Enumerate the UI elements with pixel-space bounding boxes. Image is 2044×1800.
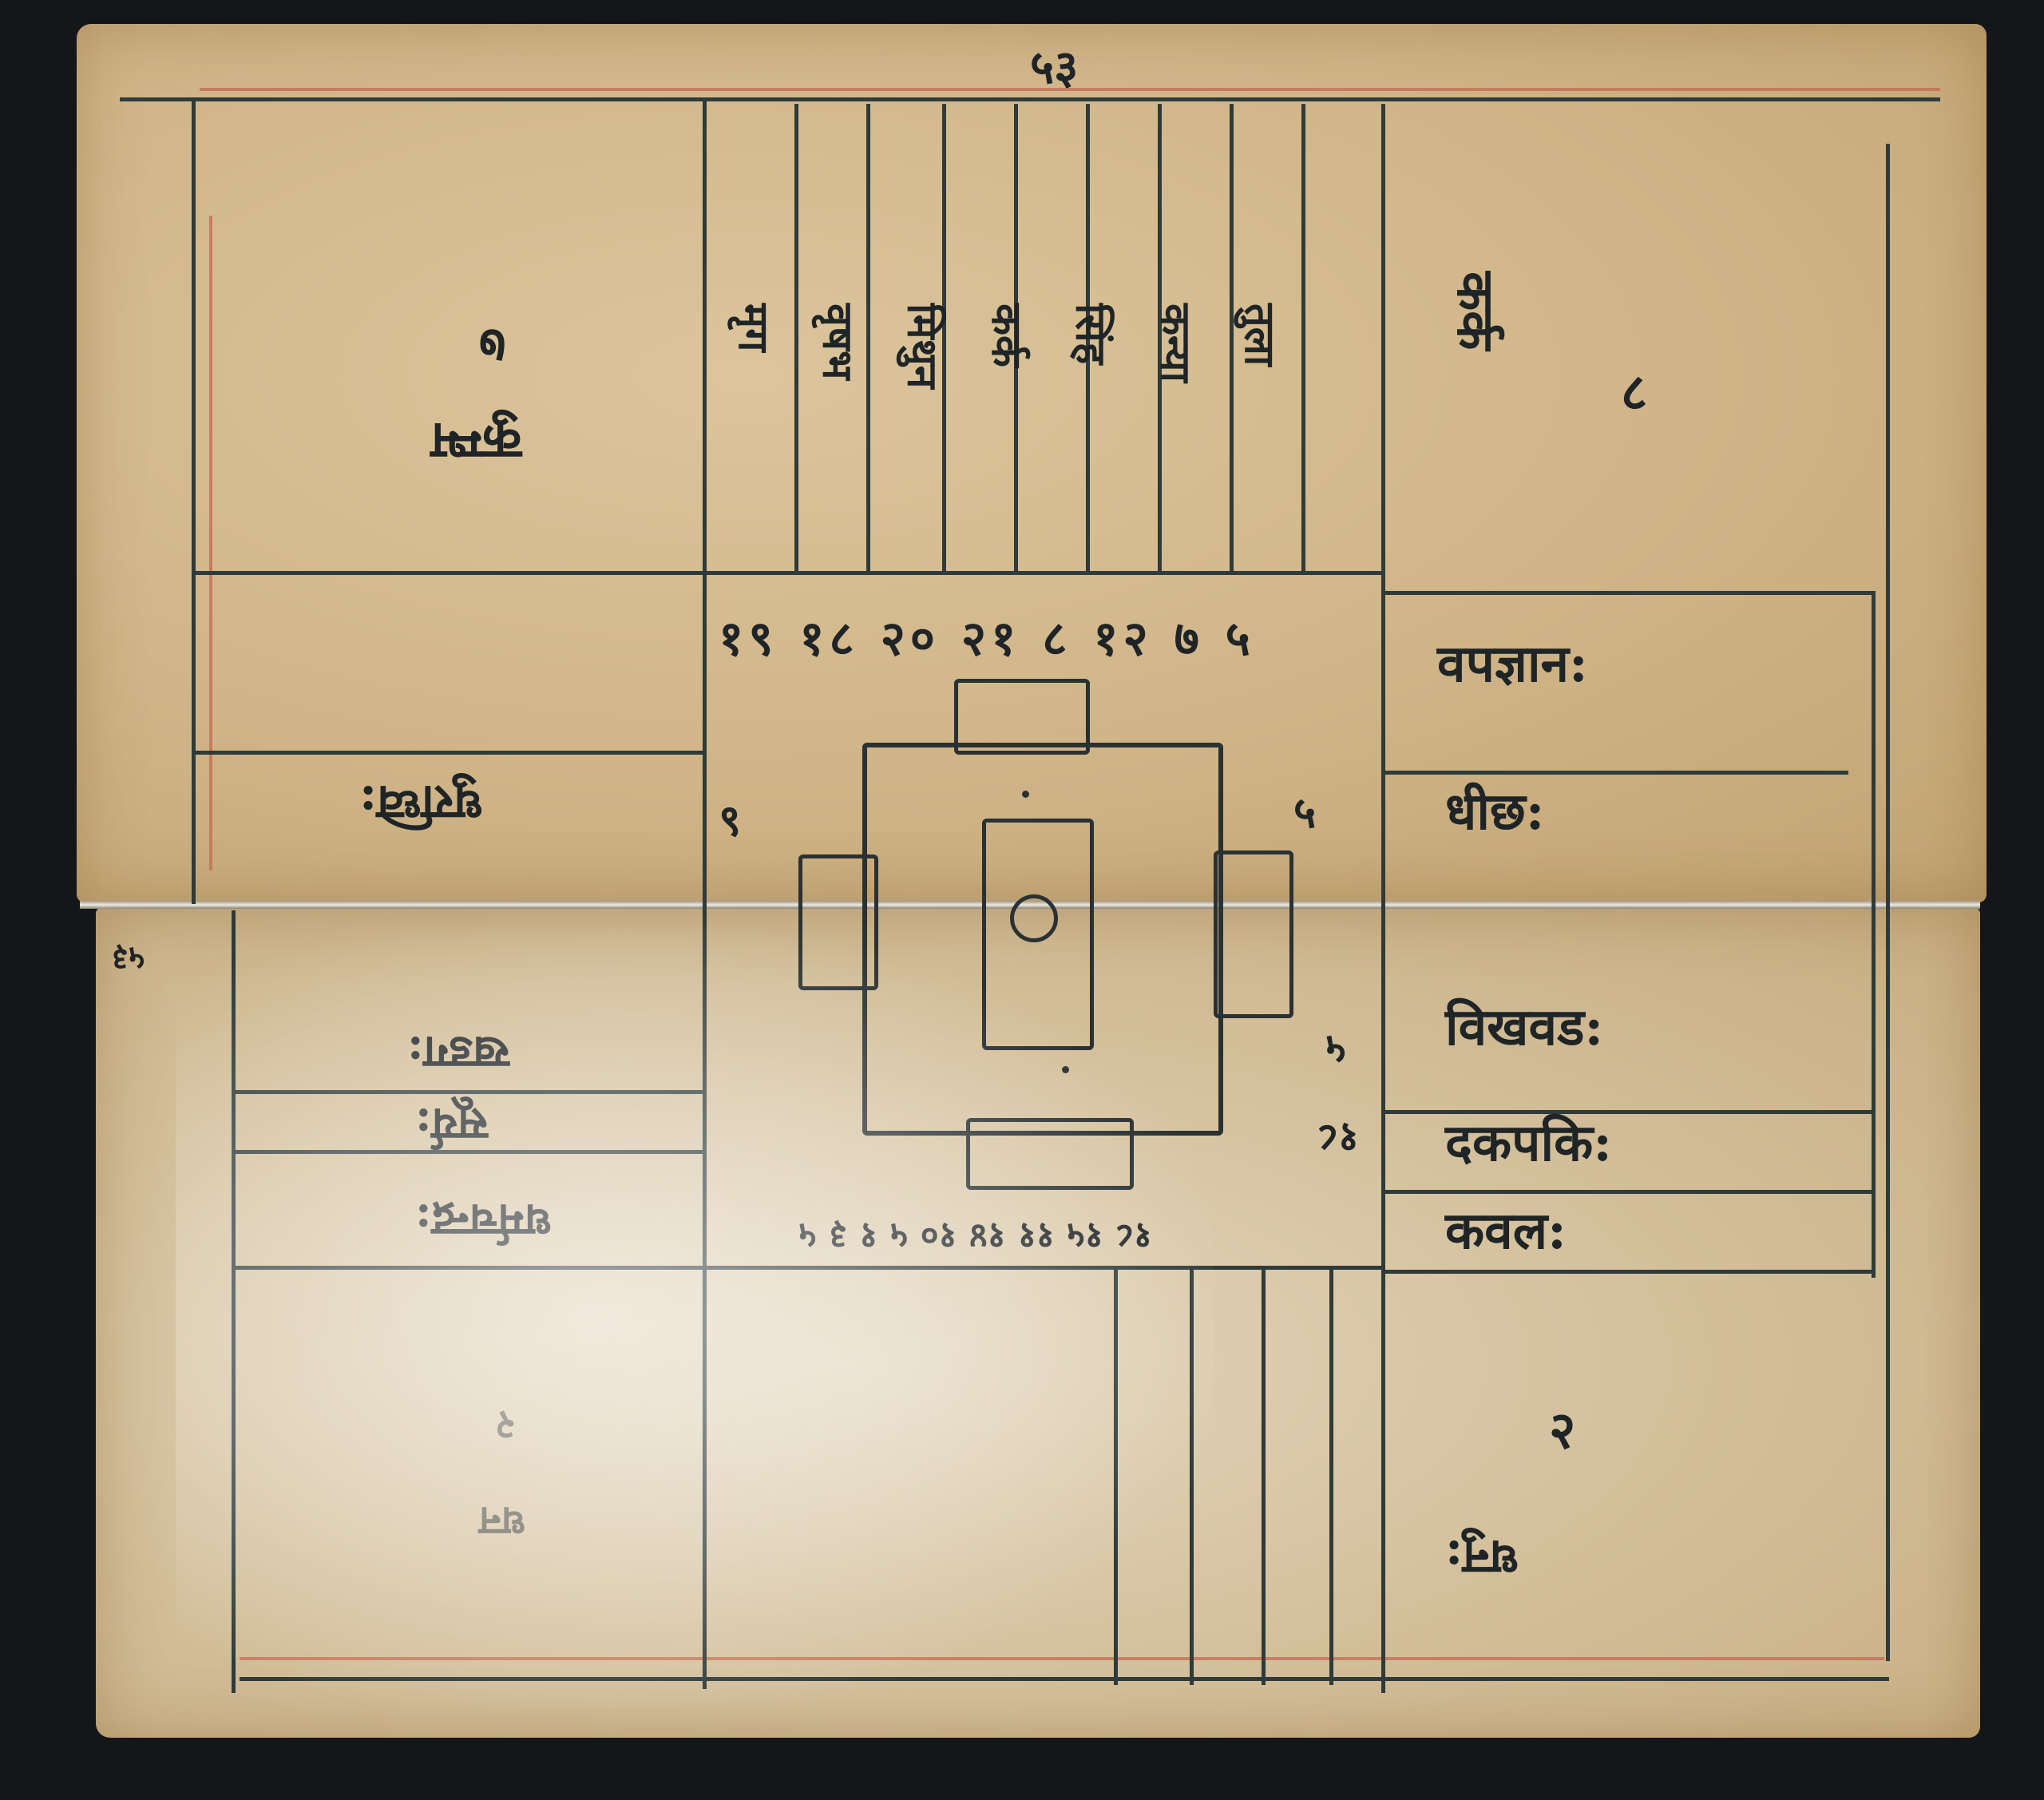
- grid-col-line: [1329, 1270, 1333, 1685]
- red-ruling-left: [209, 216, 212, 870]
- column-grid-text: मृग वृषभ मिथुन कर्क सिंह कन्या तुला: [711, 303, 1301, 559]
- diagram-bottom-tower: [966, 1118, 1134, 1190]
- frame-right: [1886, 144, 1890, 1661]
- number-cell: ८: [1042, 611, 1072, 667]
- diagram-circle-icon: [1010, 894, 1058, 942]
- number-cell: १८: [799, 611, 858, 667]
- diagram-left-wing: [798, 854, 878, 990]
- right-side-number: ५: [1293, 791, 1316, 834]
- frame-bottom: [240, 1677, 1889, 1681]
- divider-left-mid: [196, 751, 707, 755]
- number-cell: २०: [881, 611, 940, 667]
- page-number: ५३: [1030, 44, 1078, 90]
- divider-right-row2: [1385, 1190, 1872, 1194]
- divider-right-top-row: [1385, 591, 1872, 595]
- red-ruling-top: [200, 88, 1940, 91]
- lower-left-number: २: [495, 1406, 516, 1445]
- number-cell: २१: [961, 611, 1020, 667]
- top-right-text: कर्क: [1449, 272, 1500, 350]
- frame-left-upper: [192, 97, 196, 904]
- grid-column-entry: कन्या: [1154, 303, 1195, 559]
- number-row-bottom: १८ १५ ११ १४ १० ५ १ ३ ५: [798, 1218, 1152, 1253]
- divider-right-row3: [1385, 1270, 1872, 1274]
- number-cell: १९: [719, 611, 778, 667]
- left-side-number: ९: [719, 799, 741, 842]
- top-left-number: ७: [479, 319, 505, 371]
- frame-top: [120, 97, 1940, 101]
- diagram-dot: [1062, 1066, 1069, 1073]
- red-ruling-bottom: [240, 1657, 1884, 1660]
- grid-column-entry: वृषभ: [817, 303, 858, 559]
- grid-column-entry: मिथुन: [901, 303, 942, 559]
- lower-right-row-3: कवल:: [1445, 1206, 1567, 1257]
- grid-column-entry: तुला: [1238, 303, 1280, 559]
- right-row-1: वपज्ञान:: [1437, 639, 1588, 690]
- number-row-top: १९ १८ २० २१ ८ १२ ७ ५: [719, 615, 1255, 663]
- divider-bottom-row: [236, 1266, 1385, 1270]
- divider-right-mid: [1385, 771, 1848, 775]
- lower-left-row-2: सूर्य:: [415, 1102, 488, 1147]
- grid-column-entry: मृग: [732, 303, 774, 559]
- lower-right-row-2: दकपकि:: [1445, 1118, 1612, 1169]
- divider-right-inner: [1872, 591, 1876, 1278]
- lower-side-number-1: ५: [1325, 1030, 1346, 1070]
- lower-right-text: धनु:: [1445, 1533, 1519, 1581]
- divider-top-row: [196, 571, 1385, 575]
- lower-right-row-1: विखवड:: [1445, 1002, 1603, 1053]
- grid-column-entry: कर्क: [985, 303, 1027, 559]
- grid-col-line: [1262, 1270, 1266, 1685]
- number-cell: १२: [1093, 611, 1152, 667]
- lower-side-number-2: १८: [1317, 1118, 1359, 1158]
- diagram-dot: [1022, 791, 1029, 798]
- lower-left-text: धन: [479, 1501, 526, 1541]
- divider-left-row1: [236, 1090, 707, 1094]
- top-right-number: ८: [1621, 367, 1647, 418]
- number-cell: ७: [1175, 611, 1204, 667]
- frame-left-lower: [232, 910, 236, 1693]
- divider-left-main: [703, 100, 707, 1689]
- lower-right-number: २: [1549, 1406, 1575, 1457]
- right-row-2: धीछ:: [1445, 787, 1544, 838]
- left-mid-text: धुरध्वि:: [359, 779, 483, 827]
- diagram-right-wing: [1214, 850, 1293, 1018]
- lower-left-row-1: खडग:: [407, 1030, 509, 1075]
- grid-col-line: [1301, 104, 1305, 571]
- margin-mark: ५३: [112, 942, 145, 974]
- lower-left-row-3: धर्मचन्द्र:: [415, 1198, 552, 1243]
- grid-col-line: [1114, 1270, 1118, 1685]
- top-left-text: कुम्भ: [431, 415, 521, 466]
- divider-right-main: [1381, 104, 1385, 1693]
- grid-col-line: [1190, 1270, 1194, 1685]
- grid-column-entry: सिंह: [1070, 303, 1111, 559]
- number-cell: ५: [1226, 611, 1255, 667]
